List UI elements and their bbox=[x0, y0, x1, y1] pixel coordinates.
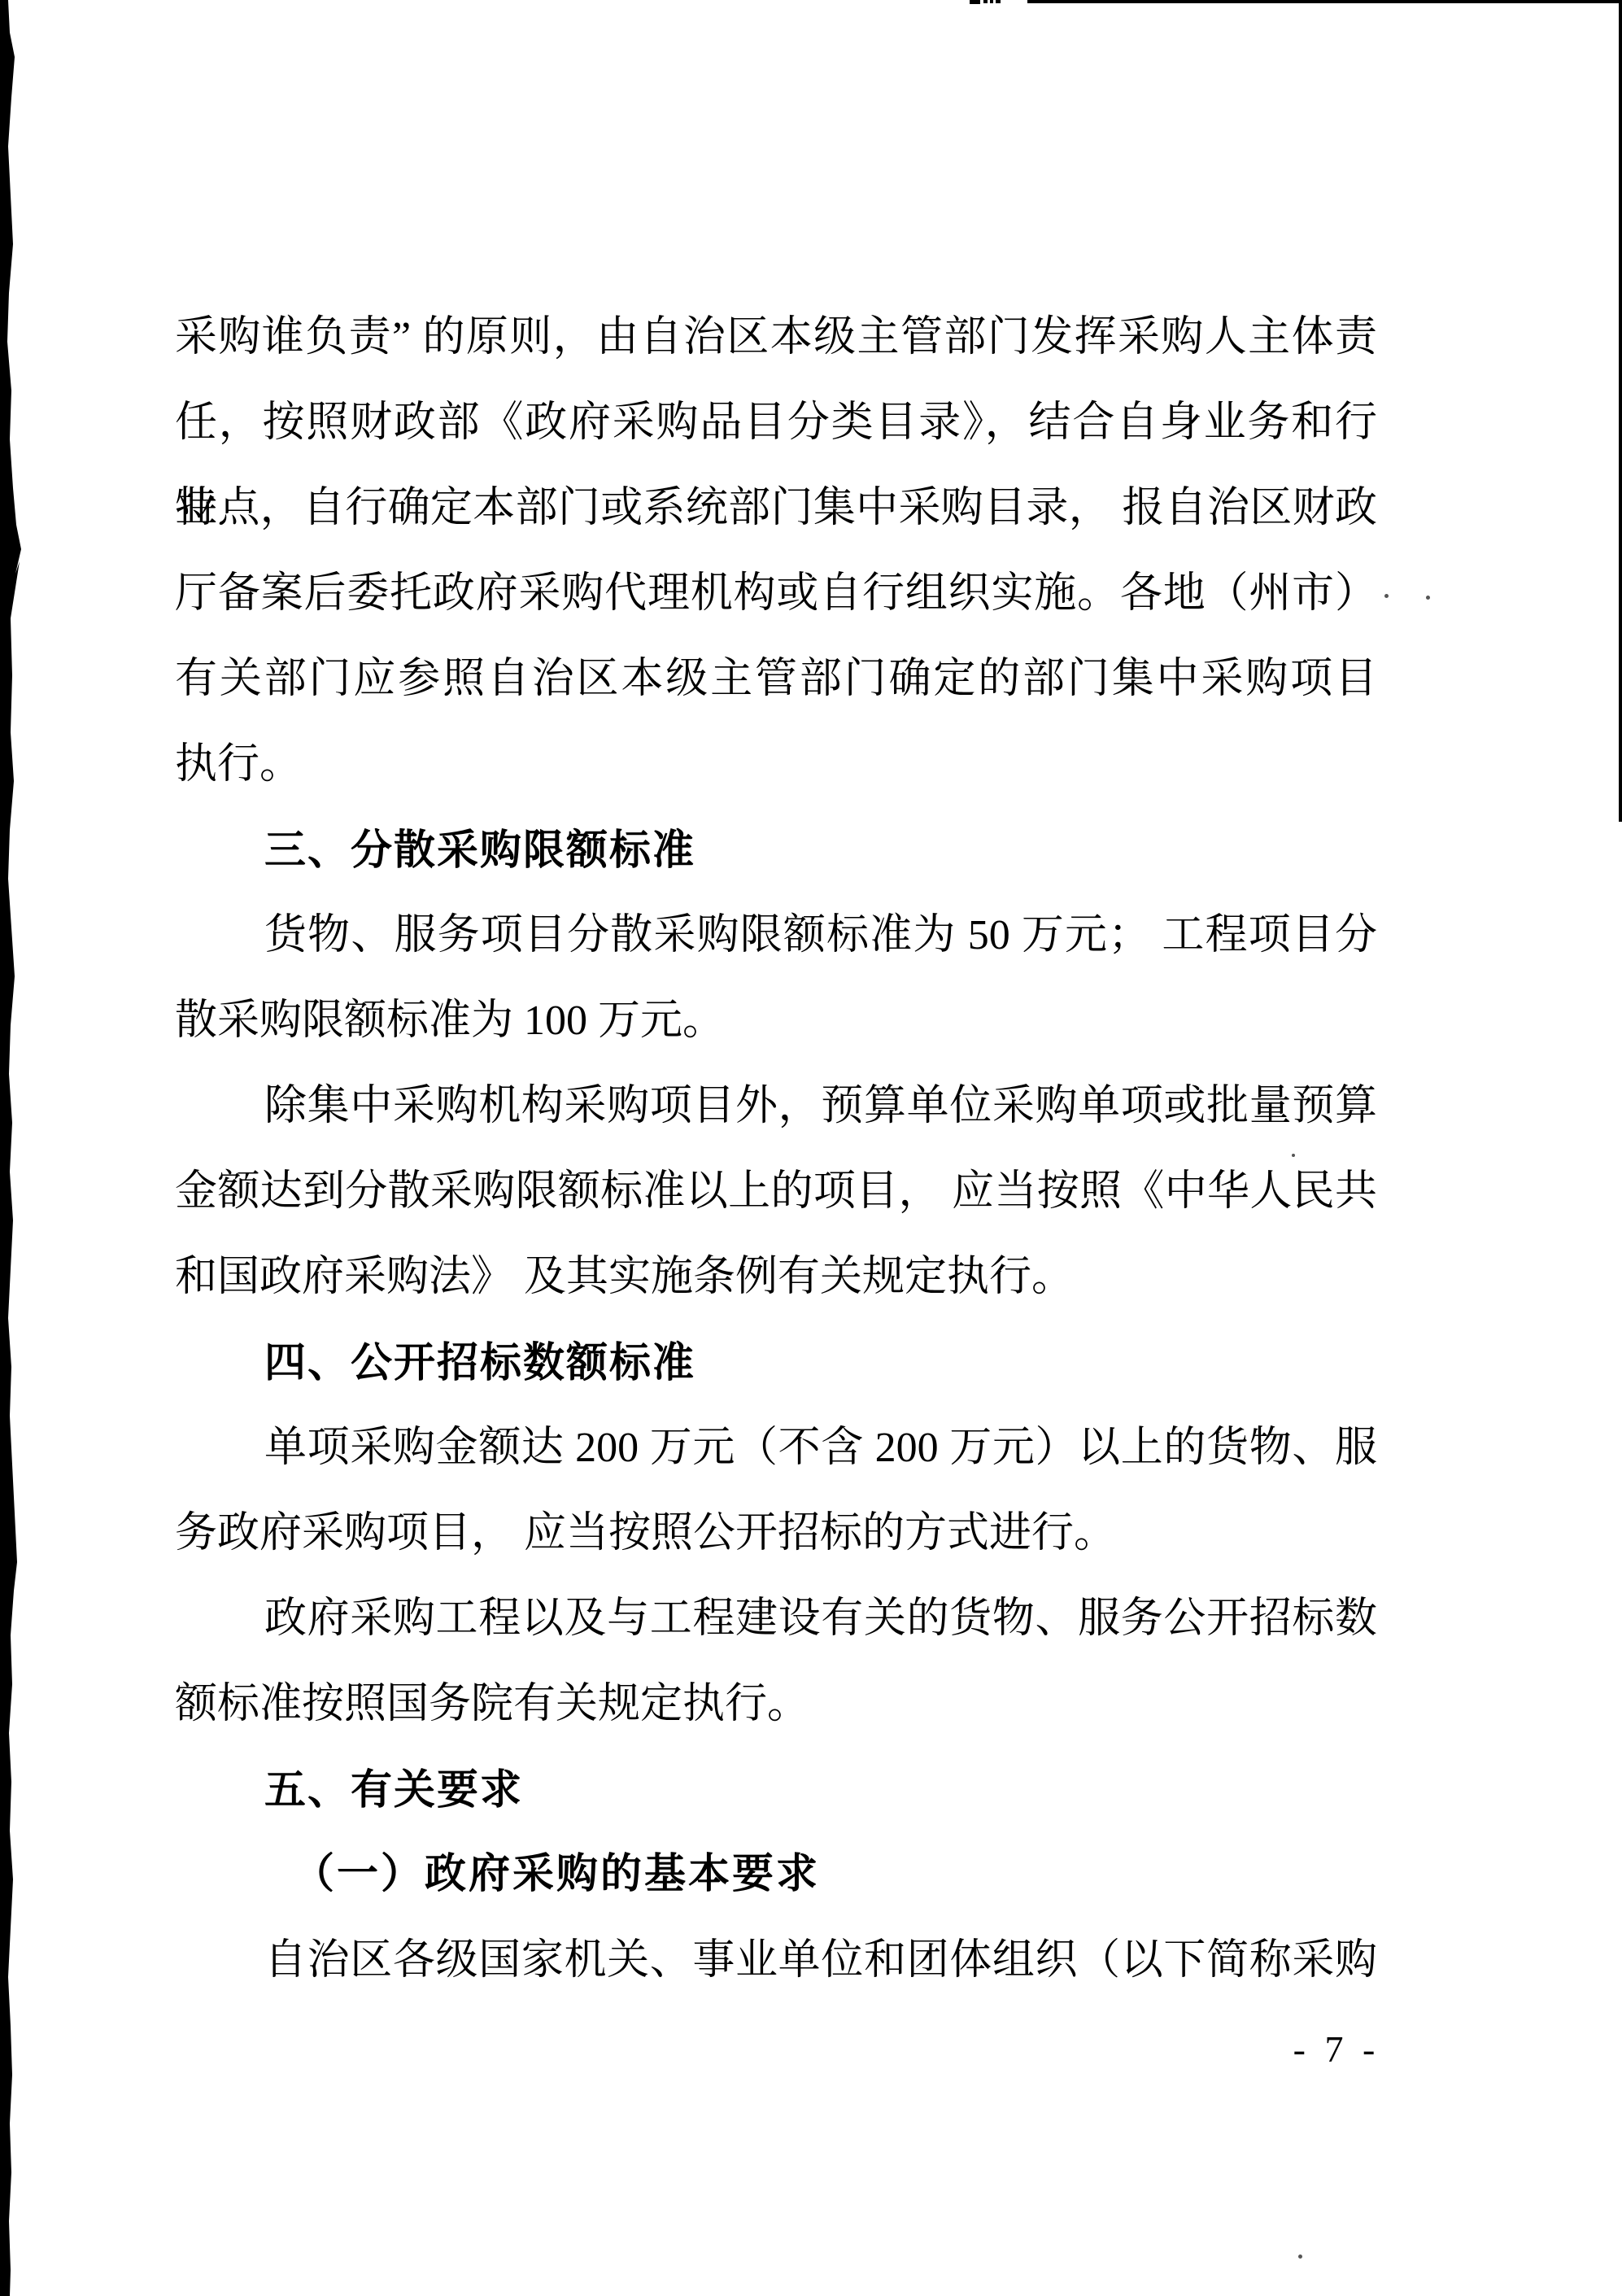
body-text-line: 散采购限额标准为 100 万元。 bbox=[175, 978, 1377, 1063]
body-text-line: 和国政府采购法》 及其实施条例有关规定执行。 bbox=[175, 1234, 1377, 1320]
document-text-block: 采购谁负责” 的原则，由自治区本级主管部门发挥采购人主体责任，按照财政部《政府采… bbox=[175, 295, 1377, 2003]
scan-top-line-artifact bbox=[1027, 0, 1622, 3]
body-text-line: 自治区各级国家机关、事业单位和团体组织（以下简称采购 bbox=[175, 1918, 1377, 2003]
scan-left-edge-artifact bbox=[0, 0, 28, 2296]
scan-right-line-artifact bbox=[1619, 0, 1622, 822]
body-text-line: 货物、服务项目分散采购限额标准为 50 万元； 工程项目分 bbox=[175, 893, 1377, 978]
section-heading: 五、有关要求 bbox=[175, 1747, 1377, 1832]
body-text-line: 务政府采购项目， 应当按照公开招标的方式进行。 bbox=[175, 1491, 1377, 1576]
body-text-line: 任，按照财政部《政府采购品目分类目录》，结合自身业务和行业 bbox=[175, 380, 1377, 465]
scan-speck bbox=[1426, 596, 1430, 600]
body-text-line: 采购谁负责” 的原则，由自治区本级主管部门发挥采购人主体责 bbox=[175, 295, 1377, 380]
scan-top-mark bbox=[996, 0, 1001, 3]
scan-top-mark bbox=[983, 0, 988, 3]
body-text-line: 政府采购工程以及与工程建设有关的货物、服务公开招标数 bbox=[175, 1576, 1377, 1661]
body-text-line: 单项采购金额达 200 万元（不含 200 万元）以上的货物、服 bbox=[175, 1405, 1377, 1491]
body-text-line: 额标准按照国务院有关规定执行。 bbox=[175, 1661, 1377, 1747]
body-text-line: 执行。 bbox=[175, 722, 1377, 807]
section-heading: 三、分散采购限额标准 bbox=[175, 807, 1377, 893]
body-text-line: 特点，自行确定本部门或系统部门集中采购目录， 报自治区财政 bbox=[175, 465, 1377, 551]
section-heading: 四、公开招标数额标准 bbox=[175, 1320, 1377, 1405]
scan-top-mark bbox=[970, 0, 980, 4]
scan-speck bbox=[1298, 2255, 1302, 2259]
scan-top-mark bbox=[990, 0, 993, 3]
scan-speck bbox=[1384, 594, 1389, 598]
sub-heading: （一）政府采购的基本要求 bbox=[175, 1832, 1377, 1918]
body-text-line: 厅备案后委托政府采购代理机构或自行组织实施。各地（州市） bbox=[175, 551, 1377, 636]
document-page: 采购谁负责” 的原则，由自治区本级主管部门发挥采购人主体责任，按照财政部《政府采… bbox=[0, 0, 1622, 2296]
body-text-line: 除集中采购机构采购项目外，预算单位采购单项或批量预算 bbox=[175, 1063, 1377, 1149]
body-text-line: 金额达到分散采购限额标准以上的项目， 应当按照《中华人民共 bbox=[175, 1149, 1377, 1234]
page-number: - 7 - bbox=[1275, 2028, 1397, 2071]
body-text-line: 有关部门应参照自治区本级主管部门确定的部门集中采购项目 bbox=[175, 636, 1377, 722]
